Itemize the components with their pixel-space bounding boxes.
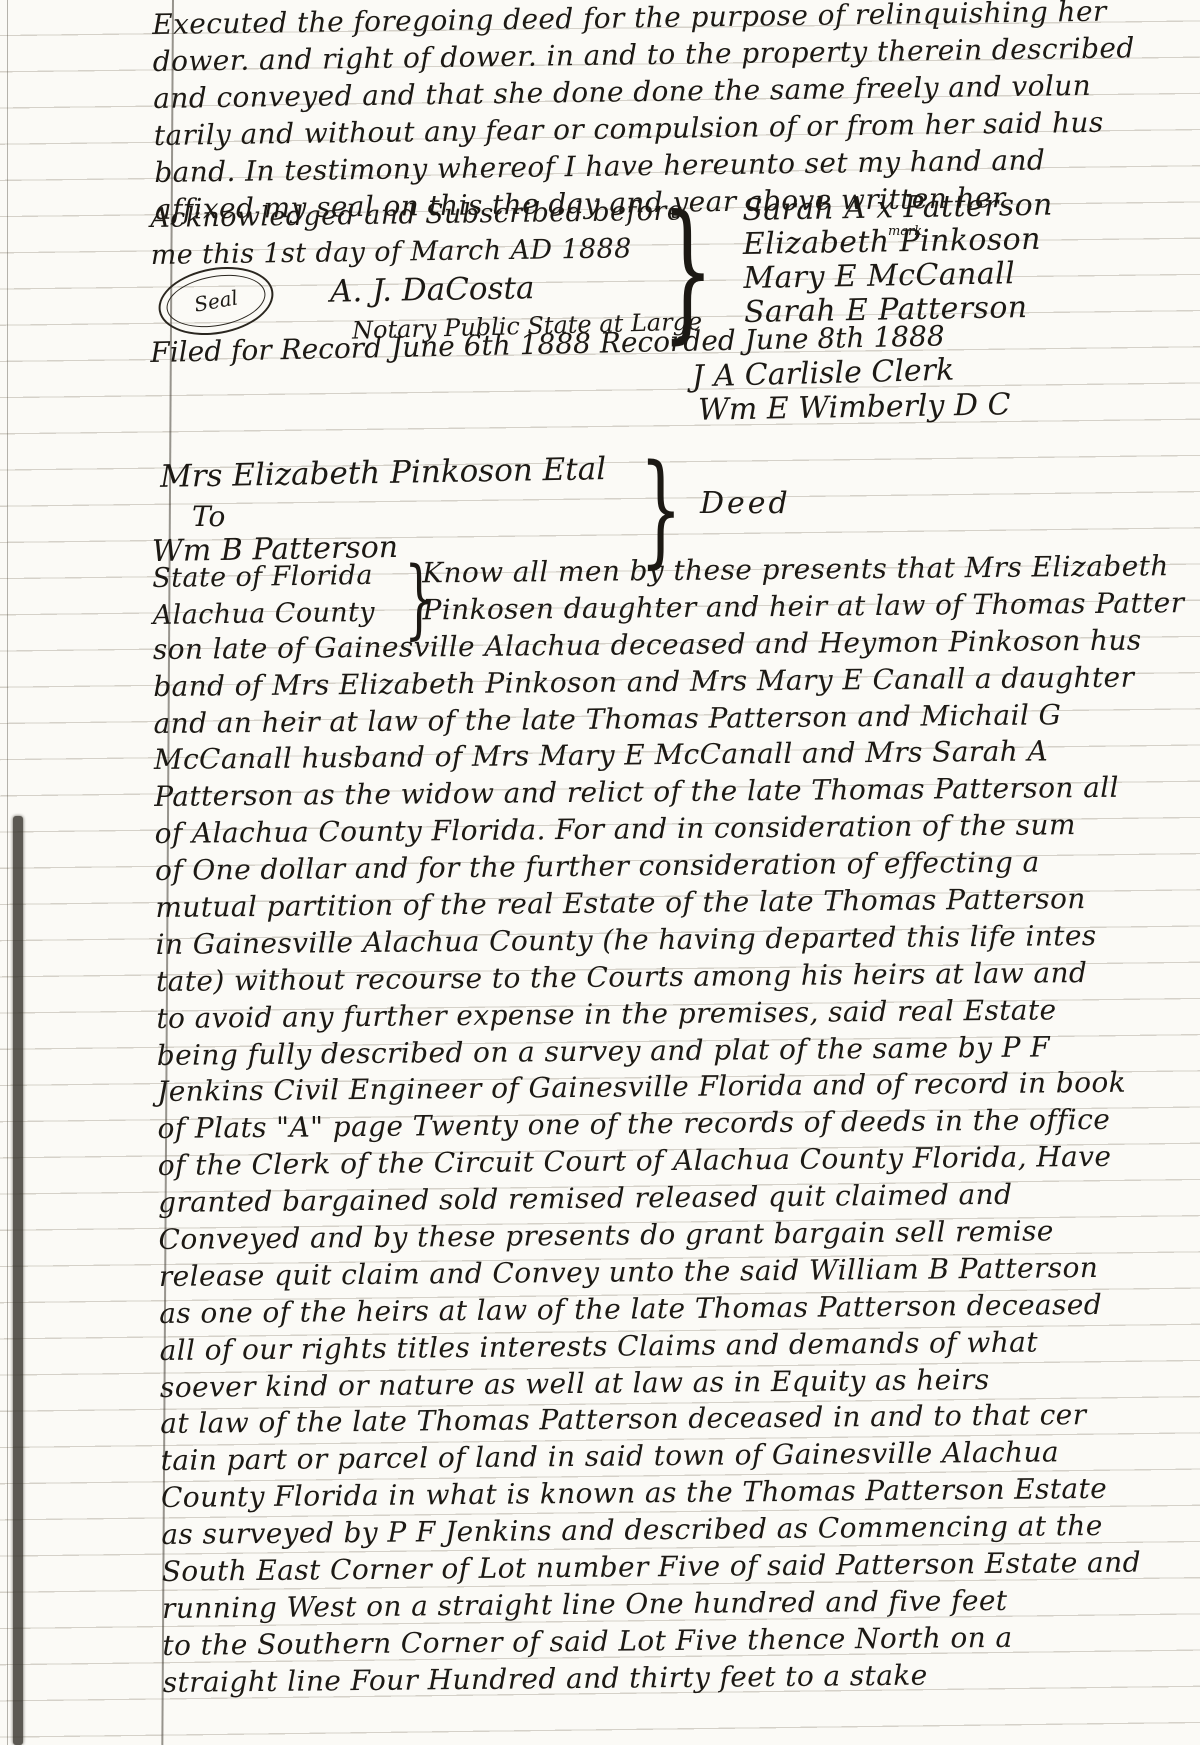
binding-shadow-band: [13, 816, 23, 1745]
caption-to: To: [192, 500, 225, 533]
notary-signature: A. J. DaCosta: [330, 270, 535, 310]
her-mark-annotation: mark: [888, 224, 922, 239]
acknowledgement-block: Acknowledged and Subscribed before me th…: [150, 193, 684, 274]
scanned-deed-record-page: Executed the foregoing deed for the purp…: [0, 0, 1200, 1745]
deed-body-paragraph: Know all men by these presents that Mrs …: [152, 548, 1195, 1701]
deputy-clerk-signature: Wm E Wimberly D C: [698, 387, 1011, 427]
caption-grantor: Mrs Elizabeth Pinkoson Etal: [160, 451, 607, 495]
instrument-label: Deed: [700, 486, 791, 521]
grantor-signatures: Sarah A x PattersonElizabeth PinkosonMar…: [742, 189, 1055, 330]
notary-seal-inner-ring: [162, 268, 269, 335]
caption-brace: }: [639, 448, 682, 570]
page-left-edge-line: [7, 0, 8, 1745]
